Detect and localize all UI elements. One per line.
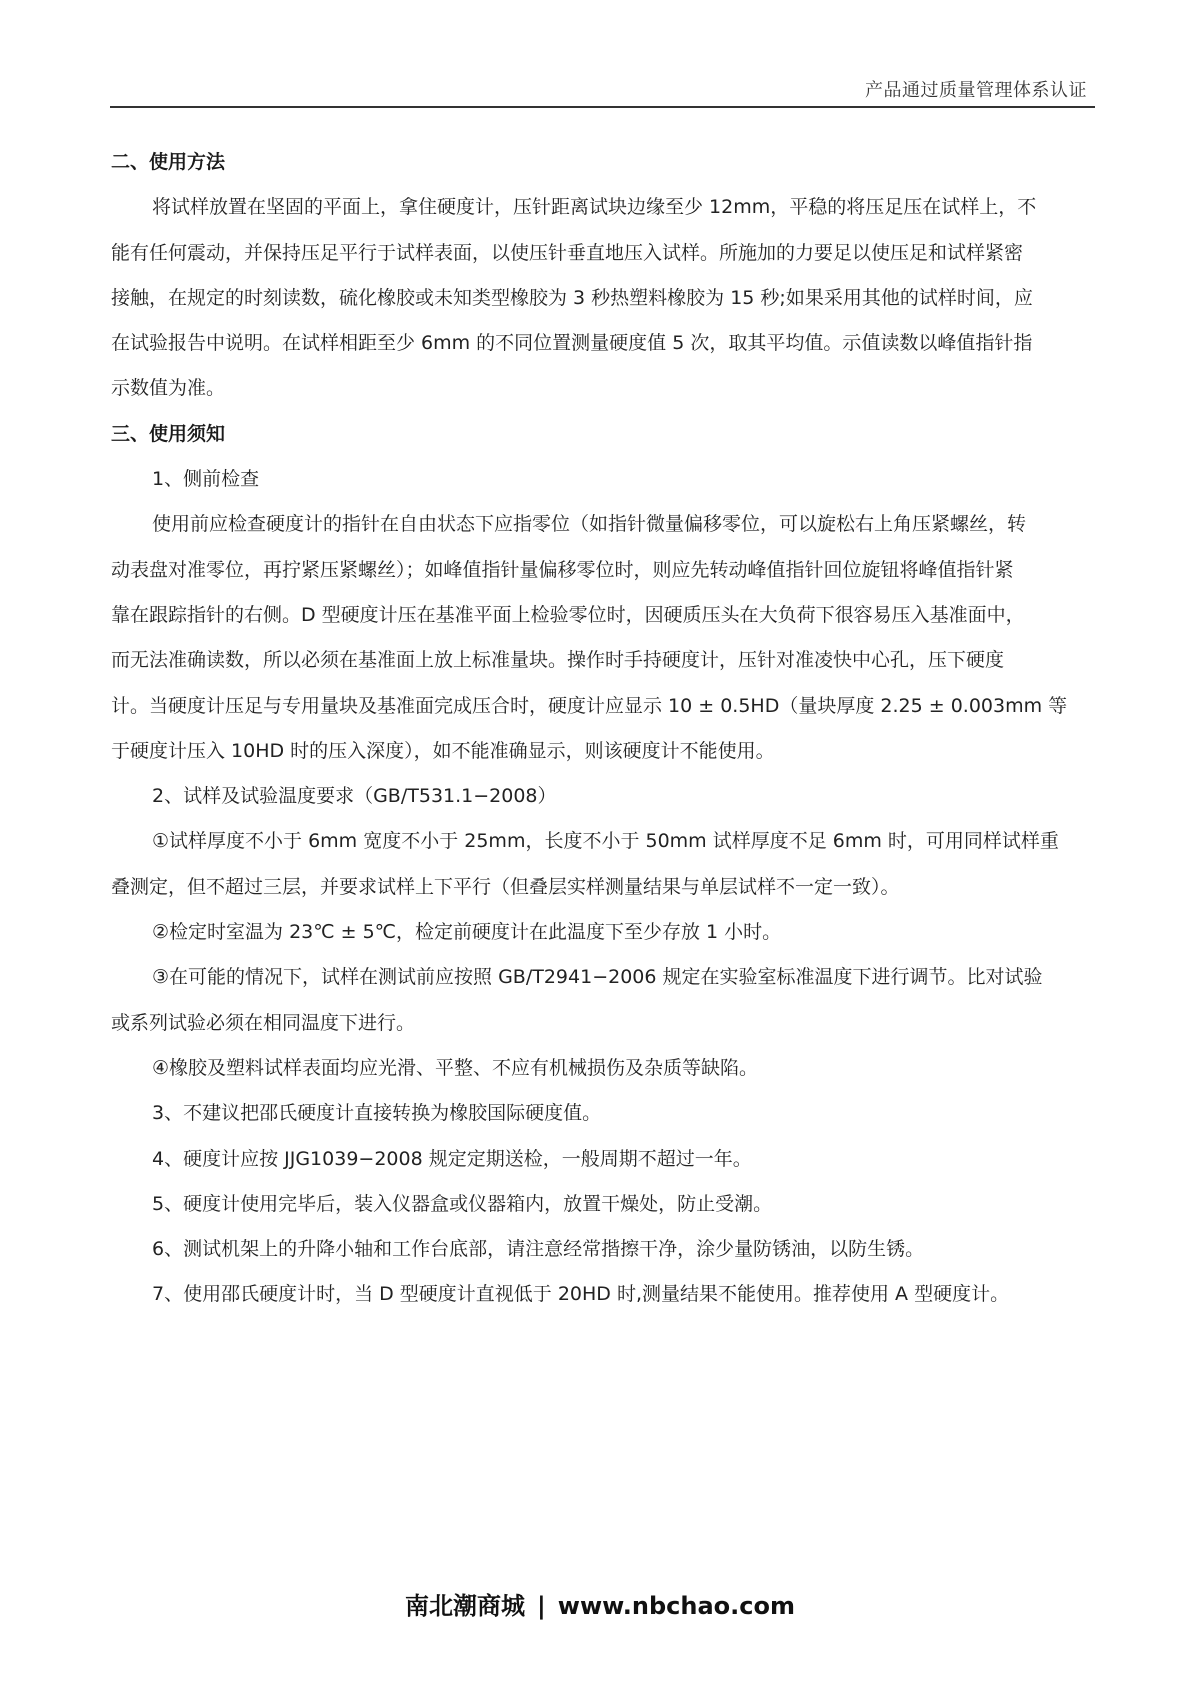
paragraph-line: 在试验报告中说明。在试样相距至少 6mm 的不同位置测量硬度值 5 次，取其平均… [111,321,1101,366]
footer-separator: | [537,1592,546,1620]
item-maintenance: 6、测试机架上的升降小轴和工作台底部，请注意经常揩擦干净，涂少量防锈油，以防生锈… [111,1227,1101,1272]
paragraph-line: 靠在跟踪指针的右侧。D 型硬度计压在基准平面上检验零位时，因硬质压头在大负荷下很… [111,593,1101,638]
subitem-surface: ④橡胶及塑料试样表面均应光滑、平整、不应有机械损伤及杂质等缺陷。 [111,1046,1101,1091]
paragraph-line: 将试样放置在坚固的平面上，拿住硬度计，压针距离试块边缘至少 12mm，平稳的将压… [111,185,1101,230]
paragraph-line: 能有任何震动，并保持压足平行于试样表面，以使压针垂直地压入试样。所施加的力要足以… [111,231,1101,276]
item-title-sample-temperature: 2、试样及试验温度要求（GB/T531.1−2008） [111,774,1101,819]
paragraph-line: 使用前应检查硬度计的指针在自由状态下应指零位（如指针微量偏移零位，可以旋松右上角… [111,502,1101,547]
paragraph-line: ③在可能的情况下，试样在测试前应按照 GB/T2941−2006 规定在实验室标… [111,955,1101,1000]
footer-brand: 南北潮商城 [405,1592,525,1620]
page-footer: 南北潮商城|www.nbchao.com [0,1586,1200,1621]
section-heading-usage-notes: 三、使用须知 [111,412,1101,457]
item-no-conversion: 3、不建议把邵氏硬度计直接转换为橡胶国际硬度值。 [111,1091,1101,1136]
paragraph-line: 动表盘对准零位，再拧紧压紧螺丝）；如峰值指针量偏移零位时，则应先转动峰值指针回位… [111,548,1101,593]
section-heading-usage-method: 二、使用方法 [111,140,1101,185]
usage-method-paragraph: 将试样放置在坚固的平面上，拿住硬度计，压针距离试块边缘至少 12mm，平稳的将压… [111,185,1101,411]
paragraph-line: 叠测定，但不超过三层，并要求试样上下平行（但叠层实样测量结果与单层试样不一定一致… [111,865,1101,910]
item-storage: 5、硬度计使用完毕后，装入仪器盒或仪器箱内，放置干燥处，防止受潮。 [111,1182,1101,1227]
paragraph-line: 接触，在规定的时刻读数，硫化橡胶或未知类型橡胶为 3 秒热塑料橡胶为 15 秒;… [111,276,1101,321]
document-body: 二、使用方法 将试样放置在坚固的平面上，拿住硬度计，压针距离试块边缘至少 12m… [111,140,1101,1318]
page-header: 产品通过质量管理体系认证 [110,70,1095,108]
item-d-type-limit: 7、使用邵氏硬度计时，当 D 型硬度计直视低于 20HD 时,测量结果不能使用。… [111,1272,1101,1317]
paragraph-line: 于硬度计压入 10HD 时的压入深度），如不能准确显示，则该硬度计不能使用。 [111,729,1101,774]
footer-url: www.nbchao.com [558,1592,795,1620]
subitem-room-temperature: ②检定时室温为 23℃ ± 5℃，检定前硬度计在此温度下至少存放 1 小时。 [111,910,1101,955]
header-title: 产品通过质量管理体系认证 [865,76,1087,102]
pre-check-paragraph: 使用前应检查硬度计的指针在自由状态下应指零位（如指针微量偏移零位，可以旋松右上角… [111,502,1101,774]
paragraph-line: 计。当硬度计压足与专用量块及基准面完成压合时，硬度计应显示 10 ± 0.5HD… [111,684,1101,729]
paragraph-line: 或系列试验必须在相同温度下进行。 [111,1001,1101,1046]
item-title-pre-check: 1、侧前检查 [111,457,1101,502]
paragraph-line: ②检定时室温为 23℃ ± 5℃，检定前硬度计在此温度下至少存放 1 小时。 [111,910,1101,955]
subitem-conditioning: ③在可能的情况下，试样在测试前应按照 GB/T2941−2006 规定在实验室标… [111,955,1101,1046]
subitem-sample-size: ①试样厚度不小于 6mm 宽度不小于 25mm，长度不小于 50mm 试样厚度不… [111,819,1101,910]
paragraph-line: ①试样厚度不小于 6mm 宽度不小于 25mm，长度不小于 50mm 试样厚度不… [111,819,1101,864]
paragraph-line: 示数值为准。 [111,366,1101,411]
paragraph-line: ④橡胶及塑料试样表面均应光滑、平整、不应有机械损伤及杂质等缺陷。 [111,1046,1101,1091]
paragraph-line: 而无法准确读数，所以必须在基准面上放上标准量块。操作时手持硬度计，压针对准凌快中… [111,638,1101,683]
item-periodic-calibration: 4、硬度计应按 JJG1039−2008 规定定期送检，一般周期不超过一年。 [111,1137,1101,1182]
